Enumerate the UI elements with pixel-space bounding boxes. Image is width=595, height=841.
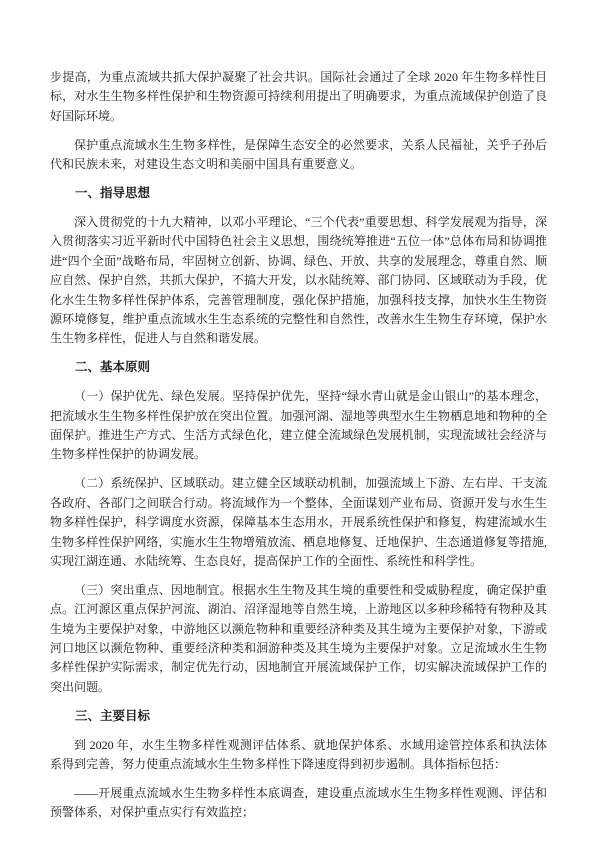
document-page: 步提高，为重点流域共抓大保护凝聚了社会共识。国际社会通过了全球 2020 年生物… — [0, 0, 595, 841]
paragraph: （二）系统保护、区域联动。建立健全区域联动机制，加强流域上下游、左右岸、干支流各… — [50, 474, 547, 571]
section-heading: 三、主要目标 — [50, 707, 547, 726]
paragraph: 到 2020 年，水生生物多样性观测评估体系、就地保护体系、水域用途管控体系和执… — [50, 736, 547, 775]
paragraph: 保护重点流域水生生物多样性，是保障生态安全的必然要求，关系人民福祉，关乎子孙后代… — [50, 136, 547, 175]
section-heading: 一、指导思想 — [50, 184, 547, 203]
document-body: 步提高，为重点流域共抓大保护凝聚了社会共识。国际社会通过了全球 2020 年生物… — [50, 68, 547, 823]
paragraph: （三）突出重点、因地制宜。根据水生生物及其生境的重要性和受威胁程度，确定保护重点… — [50, 581, 547, 697]
paragraph: 步提高，为重点流域共抓大保护凝聚了社会共识。国际社会通过了全球 2020 年生物… — [50, 68, 547, 126]
paragraph: ——开展重点流域水生生物多样性本底调查，建设重点流域水生生物多样性观测、评估和预… — [50, 784, 547, 823]
paragraph: （一）保护优先、绿色发展。坚持保护优先，坚持“绿水青山就是金山银山”的基本理念，… — [50, 387, 547, 465]
section-heading: 二、基本原则 — [50, 358, 547, 377]
paragraph: 深入贯彻党的十九大精神，以邓小平理论、“三个代表”重要思想、科学发展观为指导，深… — [50, 213, 547, 349]
